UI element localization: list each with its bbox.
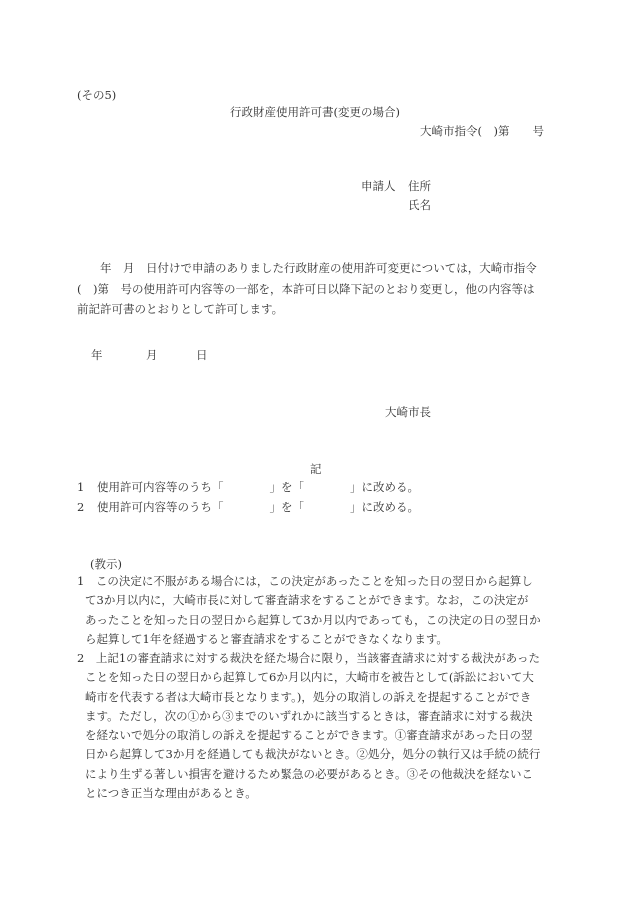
- item-number: 2: [77, 500, 97, 514]
- notice-line: とにつき正当な理由があるとき。: [77, 784, 557, 803]
- date-day: 日: [196, 347, 208, 363]
- issue-date: 年月日: [91, 347, 208, 363]
- notice-line: ら起算して1年を経過すると審査請求をすることができなくなります。: [77, 630, 557, 649]
- body-line: ( )第 号の使用許可内容等の一部を，本許可日以降下記のとおり変更し，他の内容等…: [77, 279, 557, 300]
- item-number: 1: [77, 480, 97, 494]
- notice-line: ます。ただし，次の①から③までのいずれかに該当するときは，審査請求に対する裁決: [77, 707, 557, 726]
- permit-body-text: 年 月 日付けで申請のありました行政財産の使用許可変更については，大崎市指令 (…: [77, 258, 557, 320]
- body-line: 年 月 日付けで申請のありました行政財産の使用許可変更については，大崎市指令: [77, 258, 557, 279]
- notice-line: 2 上記1の審査請求に対する裁決を経た場合に限り，当該審査請求に対する裁決があっ…: [77, 649, 557, 668]
- notice-line: 崎市を代表する者は大崎市長となります。)，処分の取消しの訴えを提起することができ: [77, 688, 557, 707]
- instruction-notice-1: 1 この決定に不服がある場合には，この決定があったことを知った日の翌日から起算し…: [77, 572, 557, 649]
- applicant-label: 申請人: [361, 178, 396, 194]
- item-text: 使用許可内容等のうち「 」を「 」に改める。: [97, 500, 419, 514]
- item-text: 使用許可内容等のうち「 」を「 」に改める。: [97, 480, 419, 494]
- issuer-name: 大崎市長: [385, 404, 431, 420]
- permit-number: 大崎市指令( )第 号: [420, 123, 544, 139]
- notice-line: を経ないで処分の取消しの訴えを提起することができます。①審査請求があった日の翌: [77, 726, 557, 745]
- date-year: 年: [91, 347, 146, 363]
- form-number: (その5): [77, 87, 116, 103]
- instruction-title: (教示): [90, 556, 122, 572]
- notice-line: 日から起算して3か月を経過しても裁決がないとき。②処分，処分の執行又は手続の続行: [77, 745, 557, 764]
- notice-line: により生ずる著しい損害を避けるため緊急の必要があるとき。③その他裁決を経ないこ: [77, 765, 557, 784]
- name-label: 氏名: [408, 197, 431, 213]
- body-line: 前記許可書のとおりとして許可します。: [77, 299, 557, 320]
- notice-line: あったことを知った日の翌日から起算して3か月以内であっても，この決定の日の翌日か: [77, 611, 557, 630]
- instruction-notice-2: 2 上記1の審査請求に対する裁決を経た場合に限り，当該審査請求に対する裁決があっ…: [77, 649, 557, 803]
- change-item: 2使用許可内容等のうち「 」を「 」に改める。: [77, 499, 419, 515]
- notice-line: 1 この決定に不服がある場合には，この決定があったことを知った日の翌日から起算し: [77, 572, 557, 591]
- ki-heading: 記: [310, 461, 322, 477]
- document-title: 行政財産使用許可書(変更の場合): [230, 104, 400, 120]
- date-month: 月: [146, 347, 196, 363]
- notice-line: て3か月以内に，大崎市長に対して審査請求をすることができます。なお，この決定が: [77, 591, 557, 610]
- change-item: 1使用許可内容等のうち「 」を「 」に改める。: [77, 479, 419, 495]
- notice-line: ことを知った日の翌日から起算して6か月以内に，大崎市を被告として(訴訟において大: [77, 668, 557, 687]
- address-label: 住所: [408, 178, 431, 194]
